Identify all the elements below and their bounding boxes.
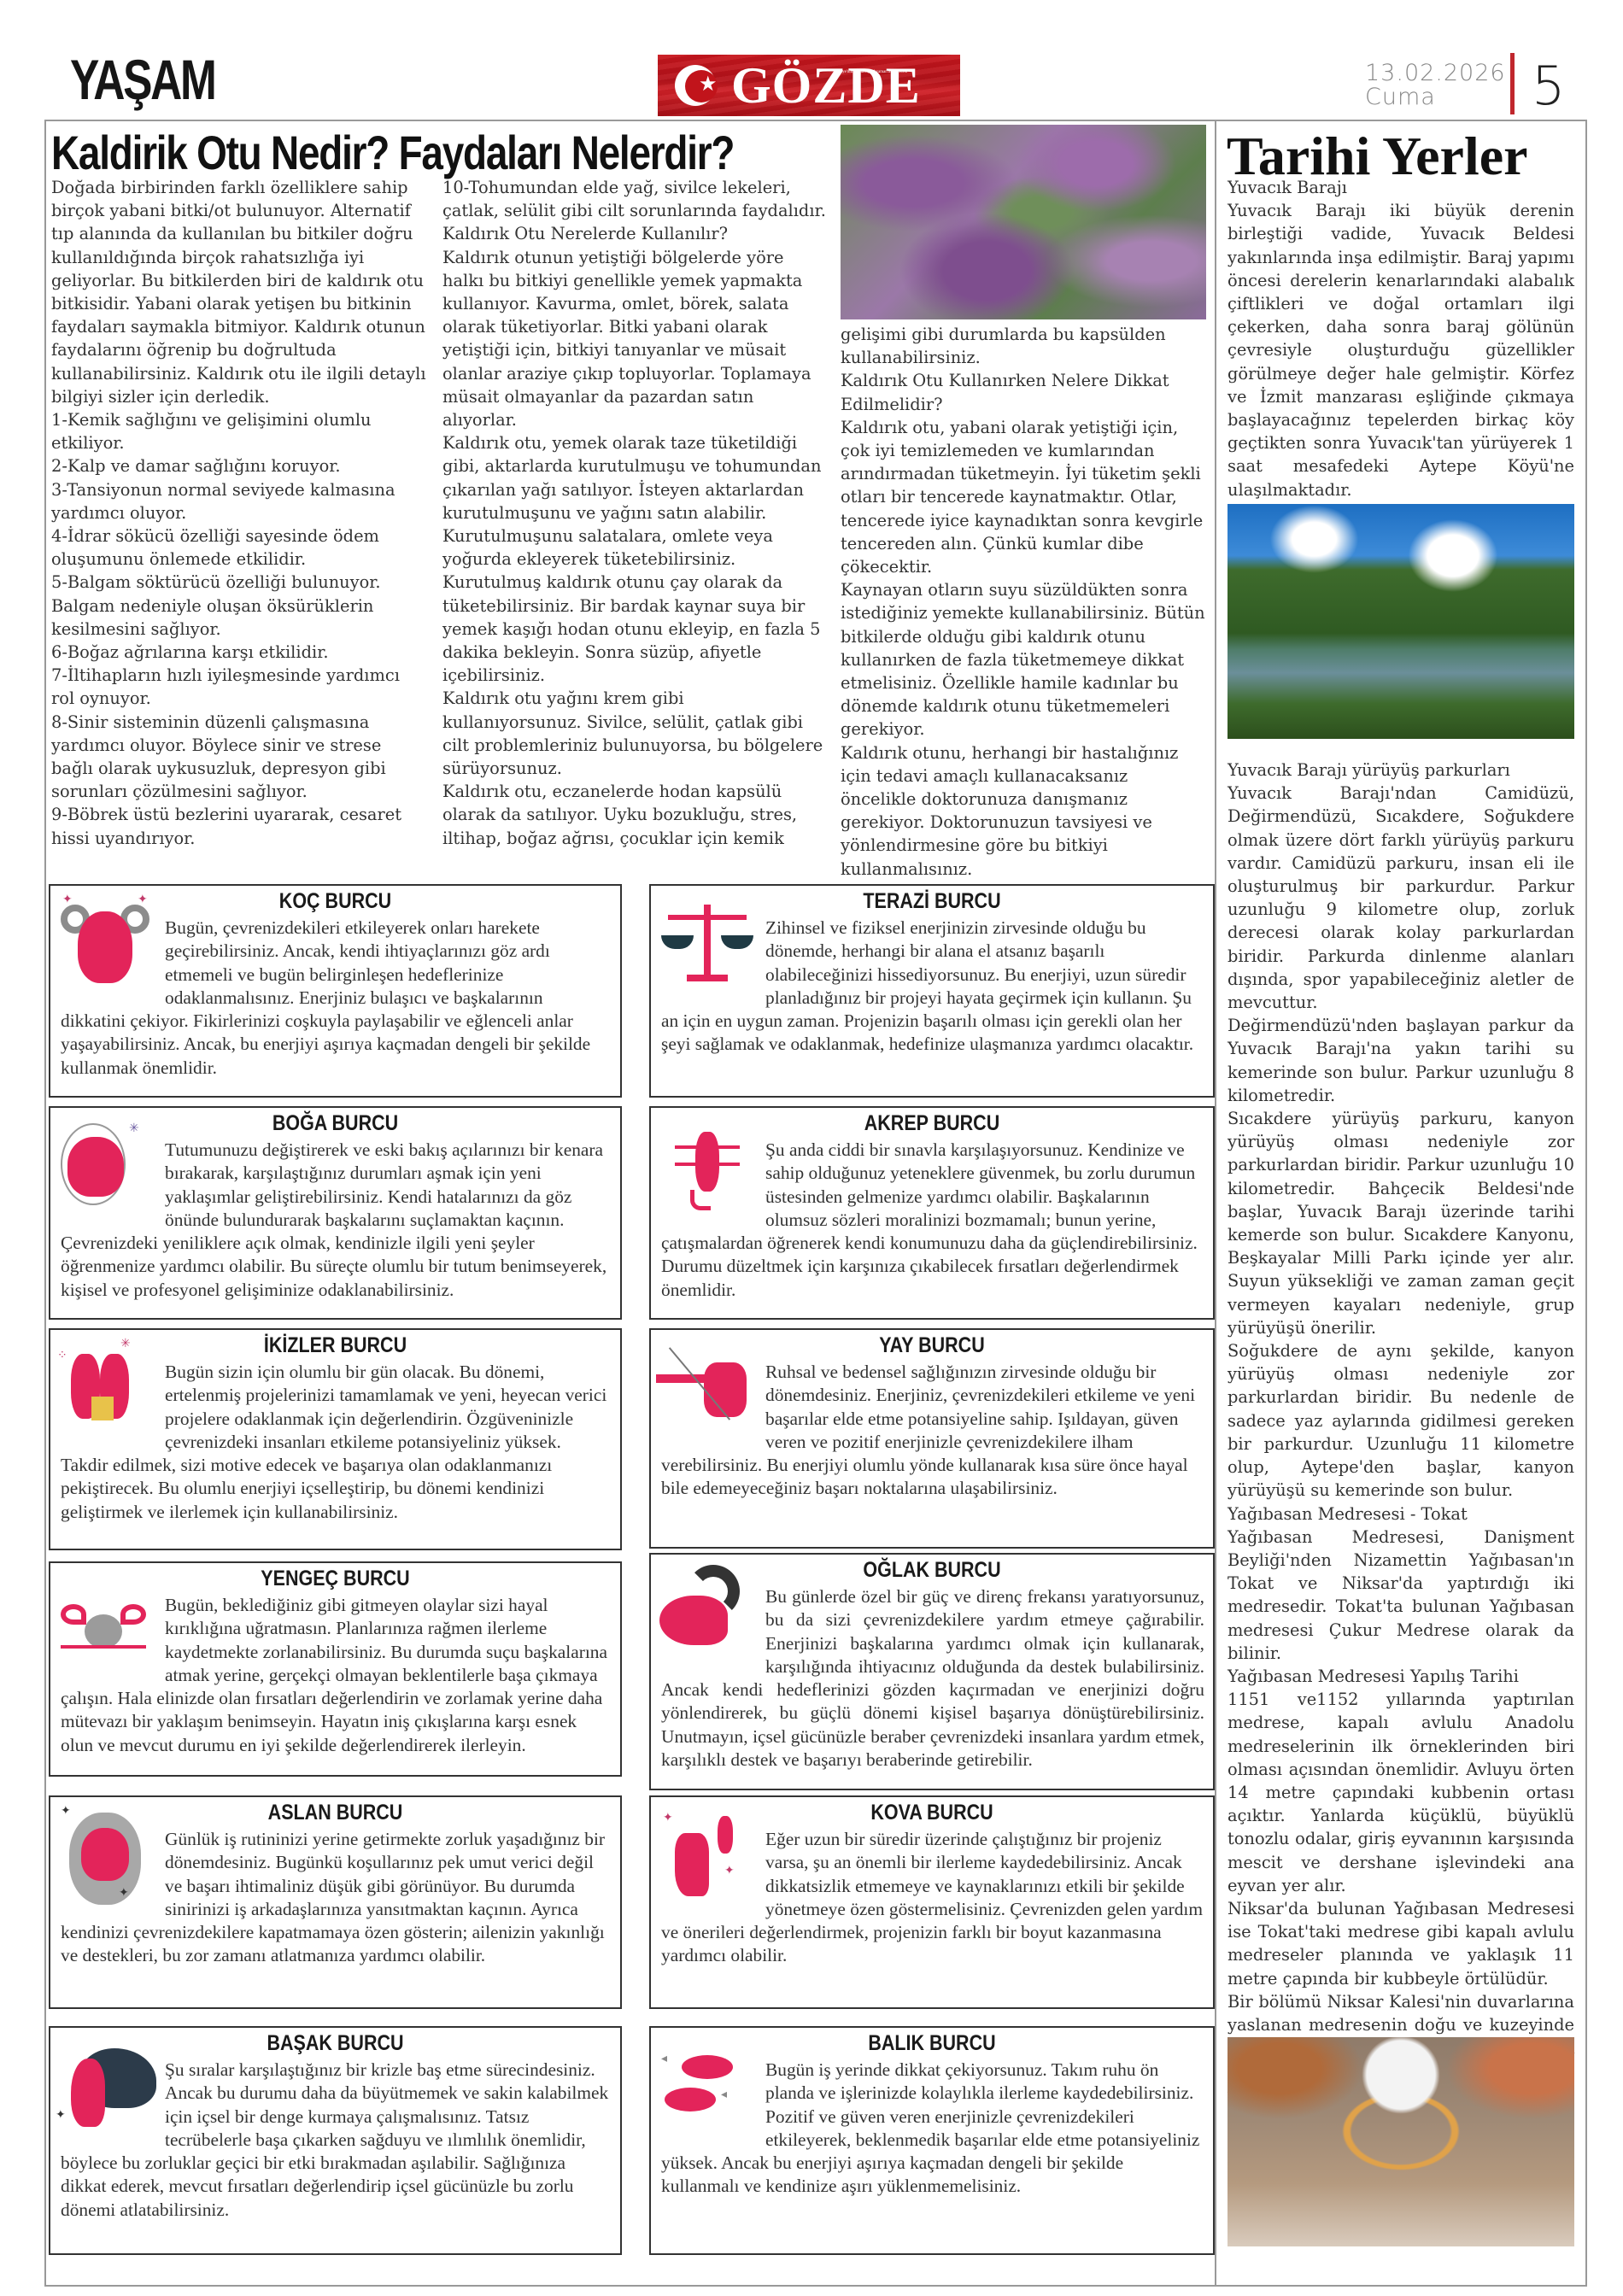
list-item: 1-Kemik sağlığını ve gelişimini olumlu e… — [51, 408, 427, 454]
list-item: 8-Sinir sisteminin düzenli çalışmasına y… — [51, 711, 427, 804]
horoscope-scorpio: AKREP BURCU Şu anda ciddi bir sınavla ka… — [649, 1106, 1215, 1320]
horoscope-title: KOVA BURCU — [690, 1801, 1174, 1825]
subheading: Yağıbasan Medresesi - Tokat — [1228, 1502, 1574, 1526]
bull-icon: ✳ — [56, 1115, 156, 1224]
twins-icon: ⁘✳ — [56, 1337, 156, 1446]
medrese-interior-photo — [1228, 2037, 1574, 2246]
herb-photo — [841, 125, 1206, 319]
paragraph: Soğukdere de aynı şekilde, kanyon yürüyü… — [1228, 1339, 1574, 1502]
sidebar-block-2: Yuvacık Barajı yürüyüş parkurları Yuvacı… — [1228, 758, 1574, 2106]
horoscope-libra: TERAZİ BURCU Zihinsel ve fiziksel enerji… — [649, 884, 1215, 1098]
paragraph: Yuvacık Barajı iki büyük derenin birleşt… — [1228, 199, 1574, 501]
fish-icon: ◂◂ — [656, 2035, 757, 2144]
horoscope-aries: KOÇ BURCU ✦✦ Bugün, çevrenizdekileri etk… — [49, 884, 622, 1098]
goat-icon — [656, 1561, 757, 1671]
scorpion-icon — [656, 1115, 757, 1224]
subheading: Kaldırık Otu Kullanırken Nelere Dikkat E… — [841, 369, 1208, 415]
horoscope-title: AKREP BURCU — [690, 1111, 1174, 1136]
logo-name: GÖZDE — [731, 60, 921, 111]
article-column-1: Doğada birbirinden farklı özelliklere sa… — [51, 176, 427, 850]
archer-icon — [656, 1337, 757, 1446]
issue-date-block: 13.02.2026 Cuma — [1365, 61, 1506, 109]
horoscope-sagittarius: YAY BURCU Ruhsal ve bedensel sağlığınızı… — [649, 1328, 1215, 1549]
paragraph: Kaldırık otunun yetiştiği bölgelerde yör… — [442, 246, 827, 432]
sidebar-block-1: Yuvacık Barajı Yuvacık Barajı iki büyük … — [1228, 176, 1574, 501]
horoscope-leo: ASLAN BURCU ✦✦ Günlük iş rutininizi yeri… — [49, 1795, 622, 2009]
crab-icon — [56, 1570, 156, 1679]
paragraph: Sıcakdere yürüyüş parkuru, kanyon yürüyü… — [1228, 1107, 1574, 1339]
article-column-2: 10-Tohumundan elde yağ, sivilce lekeleri… — [442, 176, 827, 850]
scales-icon — [656, 893, 757, 1002]
date-divider — [1510, 53, 1515, 114]
list-item: 10-Tohumundan elde yağ, sivilce lekeleri… — [442, 176, 827, 222]
paragraph: Yağıbasan Medresesi, Danişment Beyliği'n… — [1228, 1526, 1574, 1665]
horoscope-virgo: BAŞAK BURCU ✦ Şu sıralar karşılaştığınız… — [49, 2026, 622, 2255]
horoscope-title: OĞLAK BURCU — [690, 1558, 1174, 1583]
issue-date: 13.02.2026 — [1365, 61, 1506, 85]
column-divider — [1215, 120, 1216, 2287]
water-bearer-icon: ✦✦ — [656, 1804, 757, 1913]
horoscope-title: YAY BURCU — [690, 1333, 1174, 1358]
subheading: Kaldırık Otu Nerelerde Kullanılır? — [442, 222, 827, 245]
maiden-icon: ✦ — [56, 2035, 156, 2144]
issue-weekday: Cuma — [1365, 85, 1506, 109]
logo-tagline: Türkiye'nin Gözdesi, Adıyaman'ın Gazetes… — [833, 70, 907, 74]
paragraph: Kaldırık otunu, herhangi bir hastalığını… — [841, 741, 1208, 881]
list-item: 5-Balgam söktürücü özelliği bulunuyor. B… — [51, 571, 427, 641]
lion-icon: ✦✦ — [56, 1804, 156, 1913]
paragraph: 1151 ve1152 yıllarında yaptırılan medres… — [1228, 1688, 1574, 1897]
paragraph: Kaynayan otların suyu süzüldükten sonra … — [841, 578, 1208, 741]
horoscope-taurus: BOĞA BURCU ✳ Tutumunuzu değiştirerek ve … — [49, 1106, 622, 1320]
subheading: Yağıbasan Medresesi Yapılış Tarihi — [1228, 1665, 1574, 1688]
horoscope-title: BOĞA BURCU — [91, 1111, 581, 1136]
paragraph: Doğada birbirinden farklı özelliklere sa… — [51, 176, 427, 408]
list-item: 7-İltihapların hızlı iyileşmesinde yardı… — [51, 664, 427, 710]
horoscope-title: ASLAN BURCU — [91, 1801, 581, 1825]
horoscope-pisces: BALIK BURCU ◂◂ Bugün iş yerinde dikkat ç… — [649, 2026, 1215, 2255]
list-item: 6-Boğaz ağrılarına karşı etkilidir. — [51, 641, 427, 664]
horoscope-title: KOÇ BURCU — [91, 889, 581, 914]
horoscope-cancer: YENGEÇ BURCU Bugün, beklediğiniz gibi gi… — [49, 1561, 622, 1777]
subheading: Yuvacık Barajı — [1228, 176, 1574, 199]
crescent-star-icon: ★ — [675, 63, 719, 108]
horoscope-gemini: İKİZLER BURCU ⁘✳ Bugün sizin için olumlu… — [49, 1328, 622, 1550]
list-item: 3-Tansiyonun normal seviyede kalmasına y… — [51, 478, 427, 524]
horoscope-aquarius: KOVA BURCU ✦✦ Eğer uzun bir süredir üzer… — [649, 1795, 1215, 2009]
paragraph: Kaldırık otu, yabani olarak yetiştiği iç… — [841, 416, 1208, 578]
paragraph: Değirmendüzü'nden başlayan parkur da Yuv… — [1228, 1014, 1574, 1107]
article-headline: Kaldirik Otu Nedir? Faydaları Nelerdir? — [51, 125, 734, 180]
paragraph: Yuvacık Barajı'ndan Camidüzü, Değirmendü… — [1228, 782, 1574, 1014]
list-item: 4-İdrar sökücü özelliği sayesinde ödem o… — [51, 524, 427, 571]
list-item: 9-Böbrek üstü bezlerini uyararak, cesare… — [51, 803, 427, 849]
horoscope-title: TERAZİ BURCU — [690, 889, 1174, 914]
paragraph: Kaldırık otu, eczanelerde hodan kapsülü … — [442, 780, 827, 850]
subheading: Yuvacık Barajı yürüyüş parkurları — [1228, 758, 1574, 782]
horoscope-title: İKİZLER BURCU — [91, 1333, 581, 1358]
section-title: YAŞAM — [70, 47, 214, 112]
paragraph: gelişimi gibi durumlarda bu kapsülden ku… — [841, 323, 1208, 369]
page-number: 5 — [1532, 56, 1565, 116]
paragraph: Niksar'da bulunan Yağıbasan Medresesi is… — [1228, 1897, 1574, 1990]
horoscope-title: YENGEÇ BURCU — [91, 1567, 581, 1591]
newspaper-logo[interactable]: ★ GÖZDE Türkiye'nin Gözdesi, Adıyaman'ın… — [658, 55, 960, 116]
article-column-3: gelişimi gibi durumlarda bu kapsülden ku… — [841, 323, 1208, 881]
horoscope-title: BALIK BURCU — [690, 2031, 1174, 2056]
dam-lake-photo — [1228, 504, 1574, 739]
horoscope-title: BAŞAK BURCU — [91, 2031, 581, 2056]
list-item: 2-Kalp ve damar sağlığını koruyor. — [51, 454, 427, 477]
horoscope-capricorn: OĞLAK BURCU Bu günlerde özel bir güç ve … — [649, 1553, 1215, 1790]
ram-icon: ✦✦ — [56, 893, 156, 1002]
paragraph: Kaldırık otu, yemek olarak taze tüketild… — [442, 431, 827, 687]
paragraph: Kaldırık otu yağını krem gibi kullanıyor… — [442, 687, 827, 780]
